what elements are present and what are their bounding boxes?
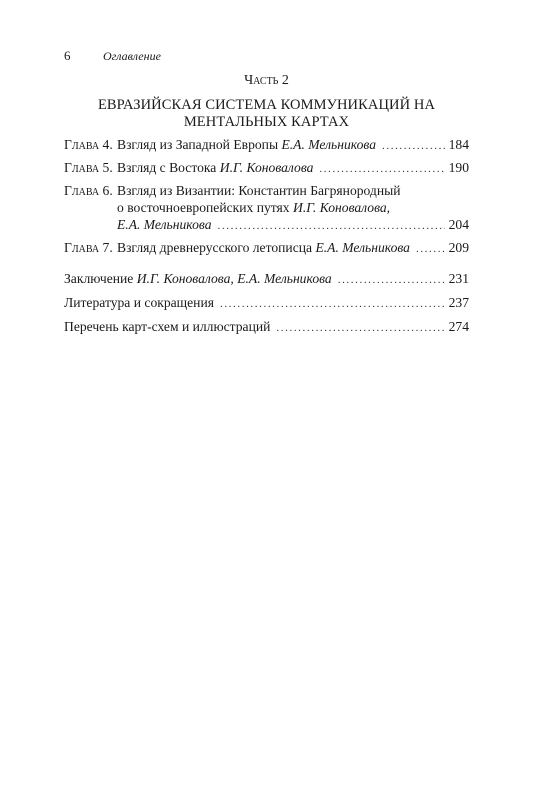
toc-entry-maps-list[interactable]: Перечень карт-схем и иллюстраций 274 [64, 319, 469, 337]
toc-entry-chapter-5[interactable]: Глава 5. Взгляд с Востока И.Г. Коновалов… [64, 160, 469, 178]
chapter-author: Е.А. Мельникова [281, 137, 376, 153]
leader-dots [276, 322, 444, 334]
chapter-author: Е.А. Мельникова [117, 217, 212, 233]
chapter-title: Взгляд древнерусского летописца [117, 240, 312, 256]
part-prefix: Часть [244, 73, 278, 88]
toc-entry-literature[interactable]: Литература и сокращения 237 [64, 295, 469, 313]
toc-entry-chapter-6[interactable]: Глава 6. Взгляд из Византии: Константин … [64, 183, 469, 201]
entry-title: Перечень карт-схем и иллюстраций [64, 319, 270, 335]
chapter-label: Глава 4. [64, 137, 117, 153]
chapter-label: Глава 7. [64, 240, 117, 256]
toc-entry-chapter-6-line-3[interactable]: Е.А. Мельникова 204 [64, 217, 469, 235]
leader-dots [220, 298, 445, 310]
leader-dots [319, 163, 444, 175]
chapter-page: 184 [449, 137, 469, 153]
chapter-page: 204 [449, 217, 469, 233]
chapter-page: 209 [449, 240, 469, 256]
part-title: ЕВРАЗИЙСКАЯ СИСТЕМА КОММУНИКАЦИЙ НА МЕНТ… [64, 97, 469, 131]
leader-dots [338, 274, 445, 286]
entry-title: Литература и сокращения [64, 295, 214, 311]
chapter-author: И.Г. Коновалова [220, 160, 314, 176]
part-title-line-2: МЕНТАЛЬНЫХ КАРТАХ [64, 114, 469, 131]
chapter-title-line-1: Взгляд из Византии: Константин Багряноро… [117, 183, 401, 199]
toc-entry-conclusion[interactable]: Заключение И.Г. Коновалова, Е.А. Мельник… [64, 271, 469, 289]
running-head-title: Оглавление [103, 49, 161, 64]
toc-entry-chapter-6-line-2[interactable]: о восточноевропейских путях И.Г. Коновал… [64, 200, 522, 218]
toc-entry-chapter-7[interactable]: Глава 7. Взгляд древнерусского летописца… [64, 240, 469, 258]
chapter-author: Е.А. Мельникова [315, 240, 410, 256]
part-title-line-1: ЕВРАЗИЙСКАЯ СИСТЕМА КОММУНИКАЦИЙ НА [64, 97, 469, 114]
page-number: 6 [64, 48, 71, 64]
leader-dots [382, 140, 445, 152]
leader-dots [416, 243, 445, 255]
part-number: 2 [282, 73, 289, 88]
entry-page: 237 [449, 295, 469, 311]
chapter-page: 190 [449, 160, 469, 176]
chapter-title: Взгляд с Востока [117, 160, 216, 176]
chapter-title: Взгляд из Западной Европы [117, 137, 278, 153]
chapter-title-line-2: о восточноевропейских путях [117, 200, 290, 216]
chapter-label: Глава 5. [64, 160, 117, 176]
chapter-author: И.Г. Коновалова, [293, 200, 390, 216]
entry-author: И.Г. Коновалова, Е.А. Мельникова [137, 271, 332, 287]
leader-dots [218, 220, 445, 232]
toc-entry-chapter-4[interactable]: Глава 4. Взгляд из Западной Европы Е.А. … [64, 137, 469, 155]
entry-page: 274 [449, 319, 469, 335]
chapter-label: Глава 6. [64, 183, 117, 199]
part-heading: Часть 2 [64, 73, 469, 89]
entry-page: 231 [449, 271, 469, 287]
entry-title: Заключение [64, 271, 133, 287]
